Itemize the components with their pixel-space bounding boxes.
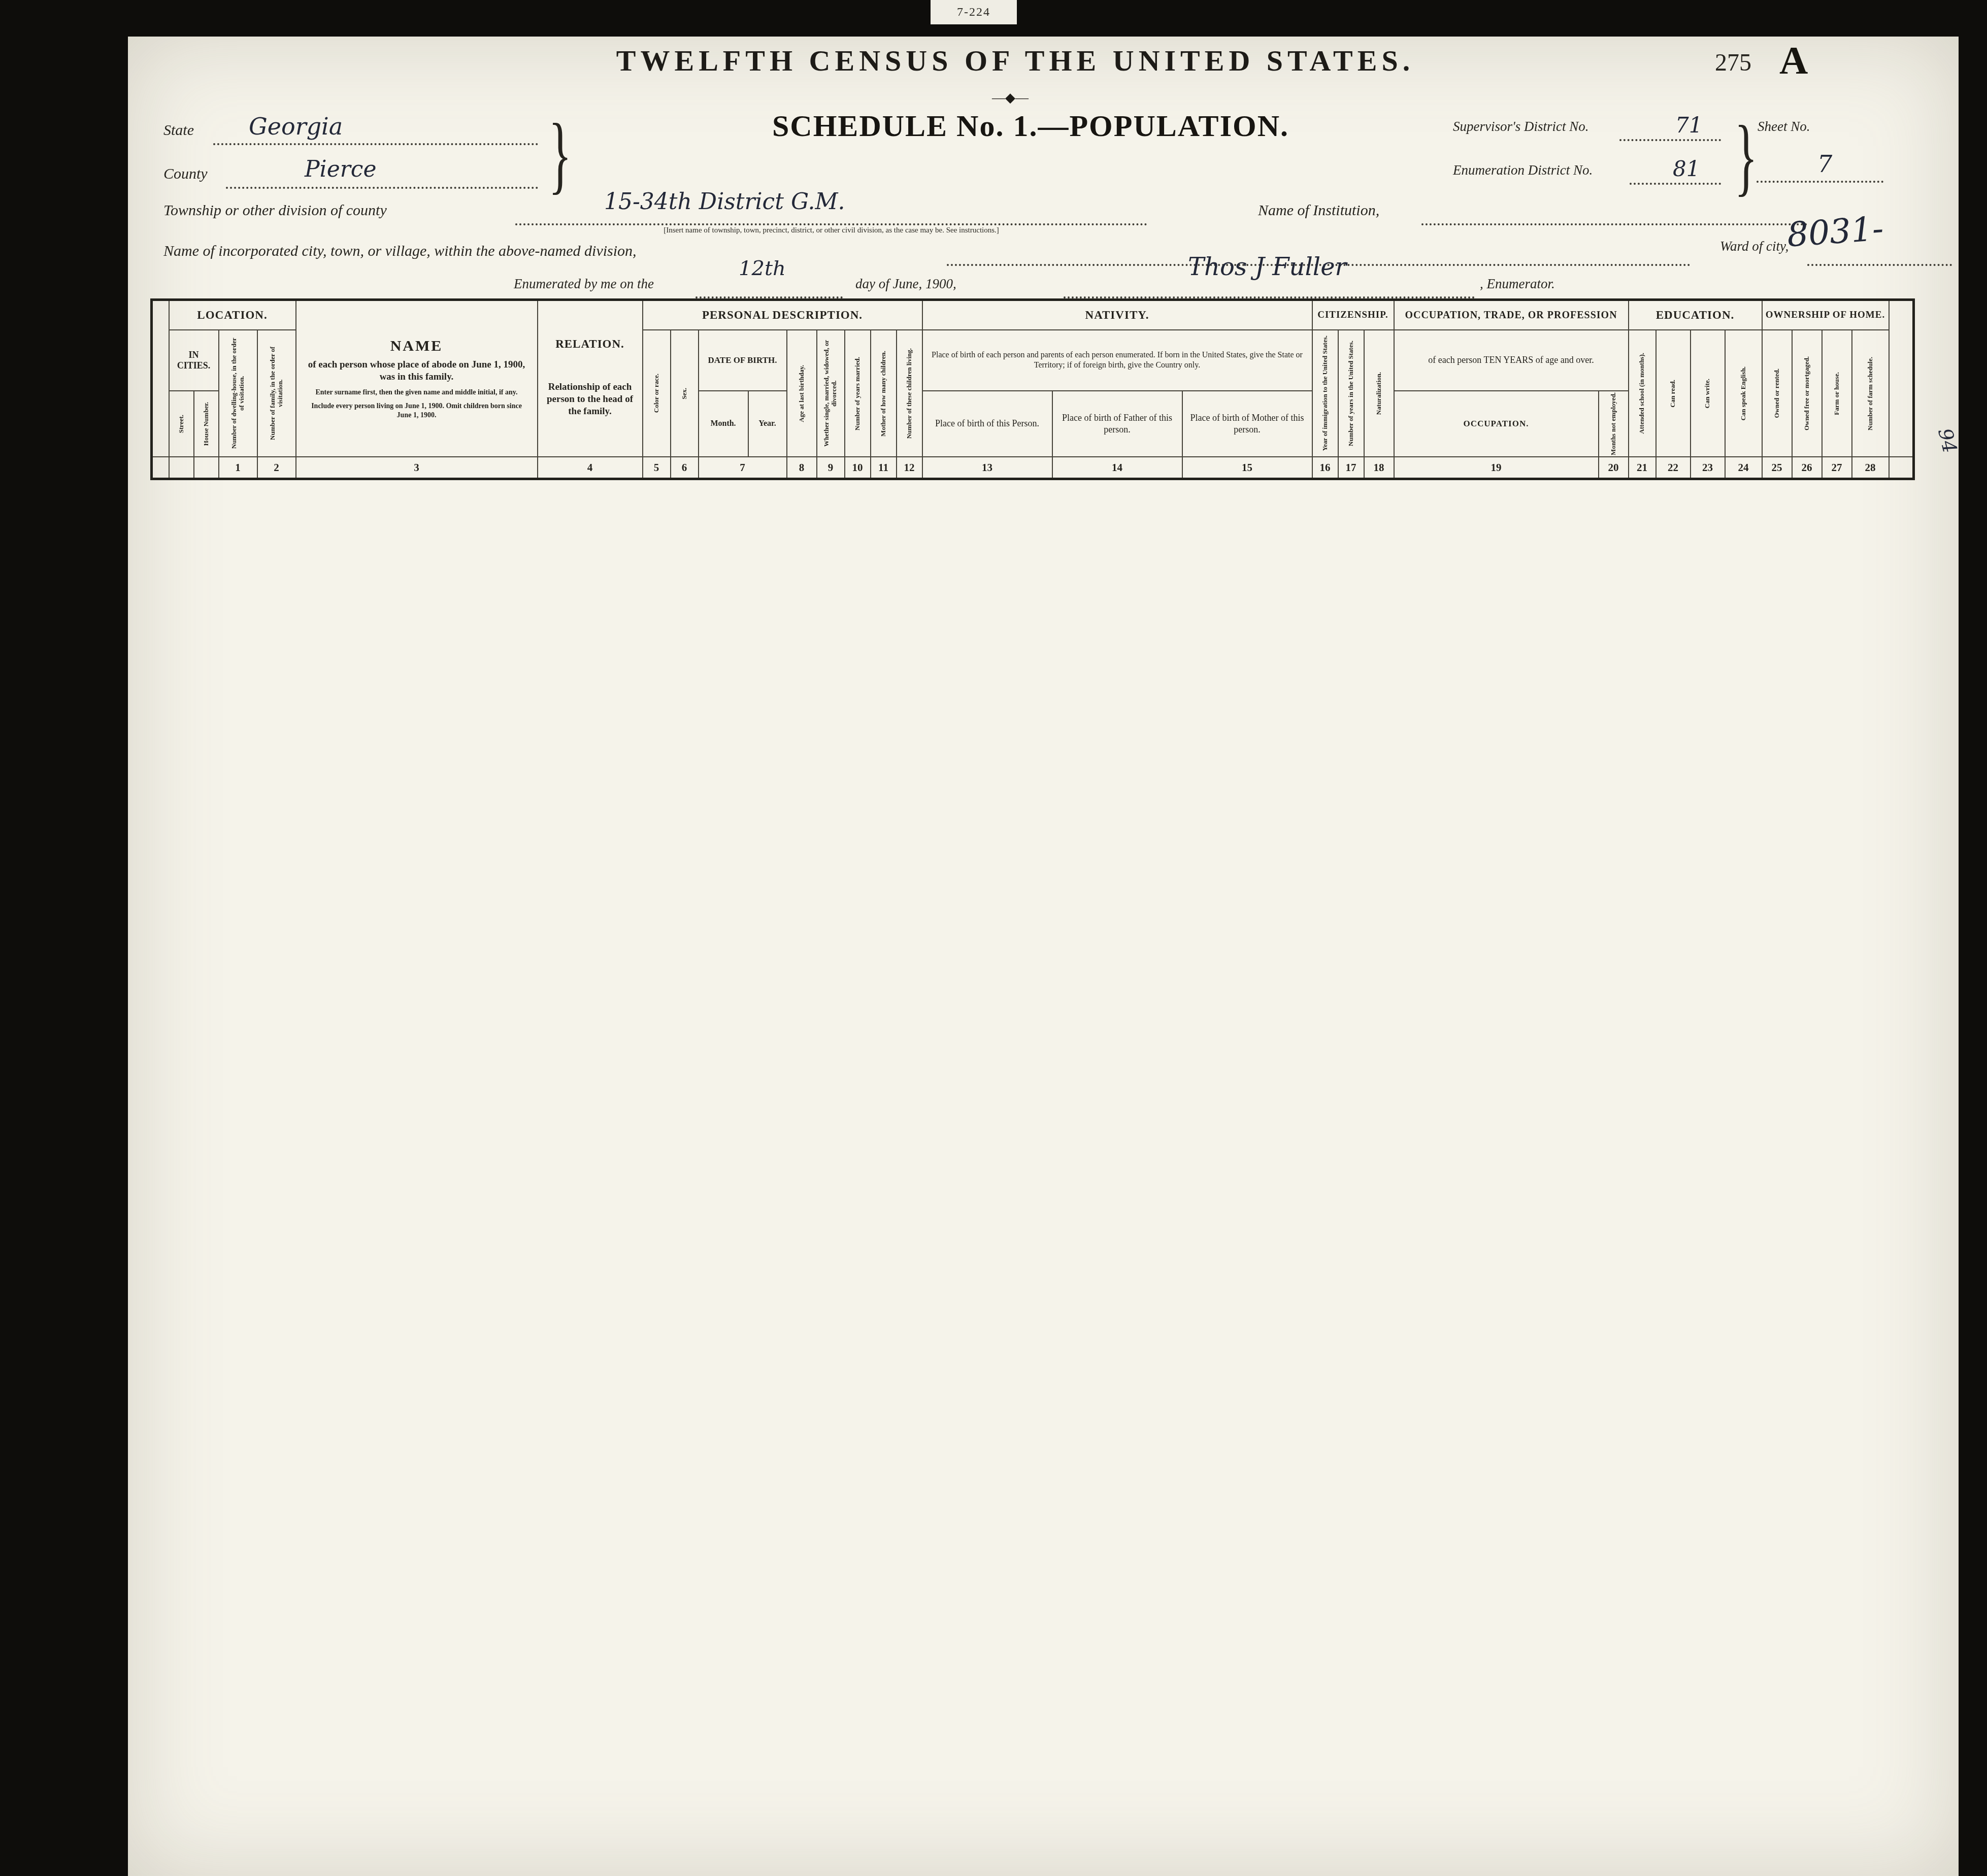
col-header-owned: Owned or rented. — [1762, 330, 1792, 457]
supervisor-label: Supervisor's District No. — [1453, 119, 1589, 135]
ward-label: Ward of city, — [1720, 239, 1789, 254]
supervisor-line — [1619, 139, 1721, 141]
col-group-location: LOCATION. — [169, 300, 296, 330]
col-group-education: EDUCATION. — [1629, 300, 1762, 330]
col-header-english: Can speak English. — [1725, 330, 1762, 457]
col-group-nativity: NATIVITY. — [922, 300, 1312, 330]
col-group-personal: PERSONAL DESCRIPTION. — [643, 300, 922, 330]
col-header-farm-schedule: Number of farm schedule. — [1852, 330, 1889, 457]
col-header-years-married: Number of years married. — [845, 330, 871, 457]
sheet-value: 7 — [1817, 150, 1832, 178]
ward-line — [1807, 264, 1952, 266]
enumerated-middle: day of June, 1900, — [855, 276, 956, 292]
col-header-color: Color or race. — [643, 330, 671, 457]
page-letter: A — [1779, 38, 1808, 83]
corner-left — [152, 300, 169, 457]
enumerated-day-value: 12th — [739, 257, 786, 280]
col-header-in-cities: IN CITIES. — [169, 330, 219, 391]
col-group-ownership: OWNERSHIP OF HOME. — [1762, 300, 1889, 330]
col-header-family: Number of family, in the order of visita… — [257, 330, 296, 457]
col-header-pob-father: Place of birth of Father of this person. — [1052, 391, 1182, 457]
county-value: Pierce — [305, 156, 376, 182]
state-line — [213, 143, 538, 145]
form-code-notch: 7-224 — [931, 0, 1017, 24]
col-header-school: Attended school (in months). — [1629, 330, 1656, 457]
col-header-dob: DATE OF BIRTH. — [699, 330, 787, 391]
col-header-write: Can write. — [1691, 330, 1725, 457]
name-note1: Enter surname first, then the given name… — [305, 388, 529, 397]
sheet-label: Sheet No. — [1758, 119, 1810, 135]
township-note: [Insert name of township, town, precinct… — [515, 226, 1147, 235]
col-header-age: Age at last birthday. — [787, 330, 817, 457]
name-note2: Include every person living on June 1, 1… — [305, 402, 529, 420]
col-header-occupation: OCCUPATION. — [1394, 391, 1599, 457]
col-header-month: Month. — [699, 391, 748, 457]
col-header-children-living: Number of these children living. — [897, 330, 922, 457]
col-header-naturalization: Naturalization. — [1364, 330, 1394, 457]
col-header-year: Year. — [748, 391, 787, 457]
township-value: 15-34th District G.M. — [604, 189, 845, 215]
col-group-occupation: OCCUPATION, TRADE, OR PROFESSION — [1394, 300, 1629, 330]
enumerated-suffix: , Enumerator. — [1480, 276, 1555, 292]
county-line — [226, 187, 538, 189]
schedule-title: SCHEDULE No. 1.—POPULATION. — [675, 109, 1386, 144]
county-label: County — [163, 165, 208, 183]
col-header-farm-house: Farm or house. — [1822, 330, 1852, 457]
name-desc: of each person whose place of abode on J… — [304, 359, 530, 383]
township-label: Township or other division of county — [163, 202, 387, 219]
col-header-year-immigration: Year of immigration to the United States… — [1312, 330, 1338, 457]
institution-line — [1421, 223, 1807, 225]
table-header: LOCATION. NAME of each person whose plac… — [152, 300, 1914, 479]
col-header-years-us: Number of years in the United States. — [1338, 330, 1364, 457]
col-group-relation: RELATION. Relationship of each person to… — [538, 300, 643, 457]
col-header-dwelling: Number of dwelling-house, in the order o… — [219, 330, 257, 457]
col-group-citizenship: CITIZENSHIP. — [1312, 300, 1394, 330]
corner-right — [1889, 300, 1914, 457]
page-title: TWELFTH CENSUS OF THE UNITED STATES. — [406, 44, 1625, 78]
col-header-house-number: House Number. — [194, 391, 219, 457]
supervisor-value: 71 — [1675, 113, 1702, 138]
enumerated-prefix: Enumerated by me on the — [514, 276, 654, 292]
right-brace: } — [1735, 113, 1758, 200]
census-scan-page: 7-224 TWELFTH CENSUS OF THE UNITED STATE… — [0, 0, 1987, 1876]
ward-stamp: 8031- — [1786, 209, 1885, 254]
form-code: 7-224 — [957, 6, 990, 19]
col-header-read: Can read. — [1656, 330, 1691, 457]
col-group-name: NAME of each person whose place of abode… — [296, 300, 538, 457]
institution-label: Name of Institution, — [1258, 202, 1379, 219]
occupation-desc: of each person TEN YEARS of age and over… — [1394, 330, 1629, 391]
col-header-pob-mother: Place of birth of Mother of this person. — [1182, 391, 1312, 457]
enumeration-value: 81 — [1673, 156, 1700, 181]
state-value: Georgia — [249, 113, 343, 140]
sheet-line — [1757, 181, 1883, 183]
enumerator-value: Thos J Fuller — [1188, 253, 1347, 281]
col-header-mother-of: Mother of how many children. — [871, 330, 897, 457]
title-ornament-icon: —◆— — [944, 90, 1076, 106]
name-title: NAME — [299, 338, 535, 355]
left-brace: } — [549, 111, 572, 198]
page-number: 275 — [1715, 49, 1751, 77]
city-label: Name of incorporated city, town, or vill… — [163, 243, 637, 260]
col-header-months-not-employed: Months not employed. — [1599, 391, 1629, 457]
col-header-sex: Sex. — [671, 330, 699, 457]
column-number-row: 12 34 56 7 89 1011 1213 1415 1617 1819 2… — [152, 457, 1914, 479]
col-header-free-mortgaged: Owned free or mortgaged. — [1792, 330, 1822, 457]
col-header-pob-person: Place of birth of this Person. — [922, 391, 1052, 457]
enumeration-label: Enumeration District No. — [1453, 162, 1593, 178]
township-line — [515, 223, 1147, 225]
relation-desc: Relationship of each person to the head … — [545, 381, 635, 417]
col-header-marital: Whether single, married, widowed, or div… — [817, 330, 845, 457]
census-table: LOCATION. NAME of each person whose plac… — [150, 298, 1915, 480]
state-label: State — [163, 122, 194, 139]
enumeration-line — [1630, 183, 1721, 185]
col-header-street: Street. — [169, 391, 194, 457]
nativity-desc: Place of birth of each person and parent… — [922, 330, 1312, 391]
relation-title: RELATION. — [540, 338, 640, 351]
